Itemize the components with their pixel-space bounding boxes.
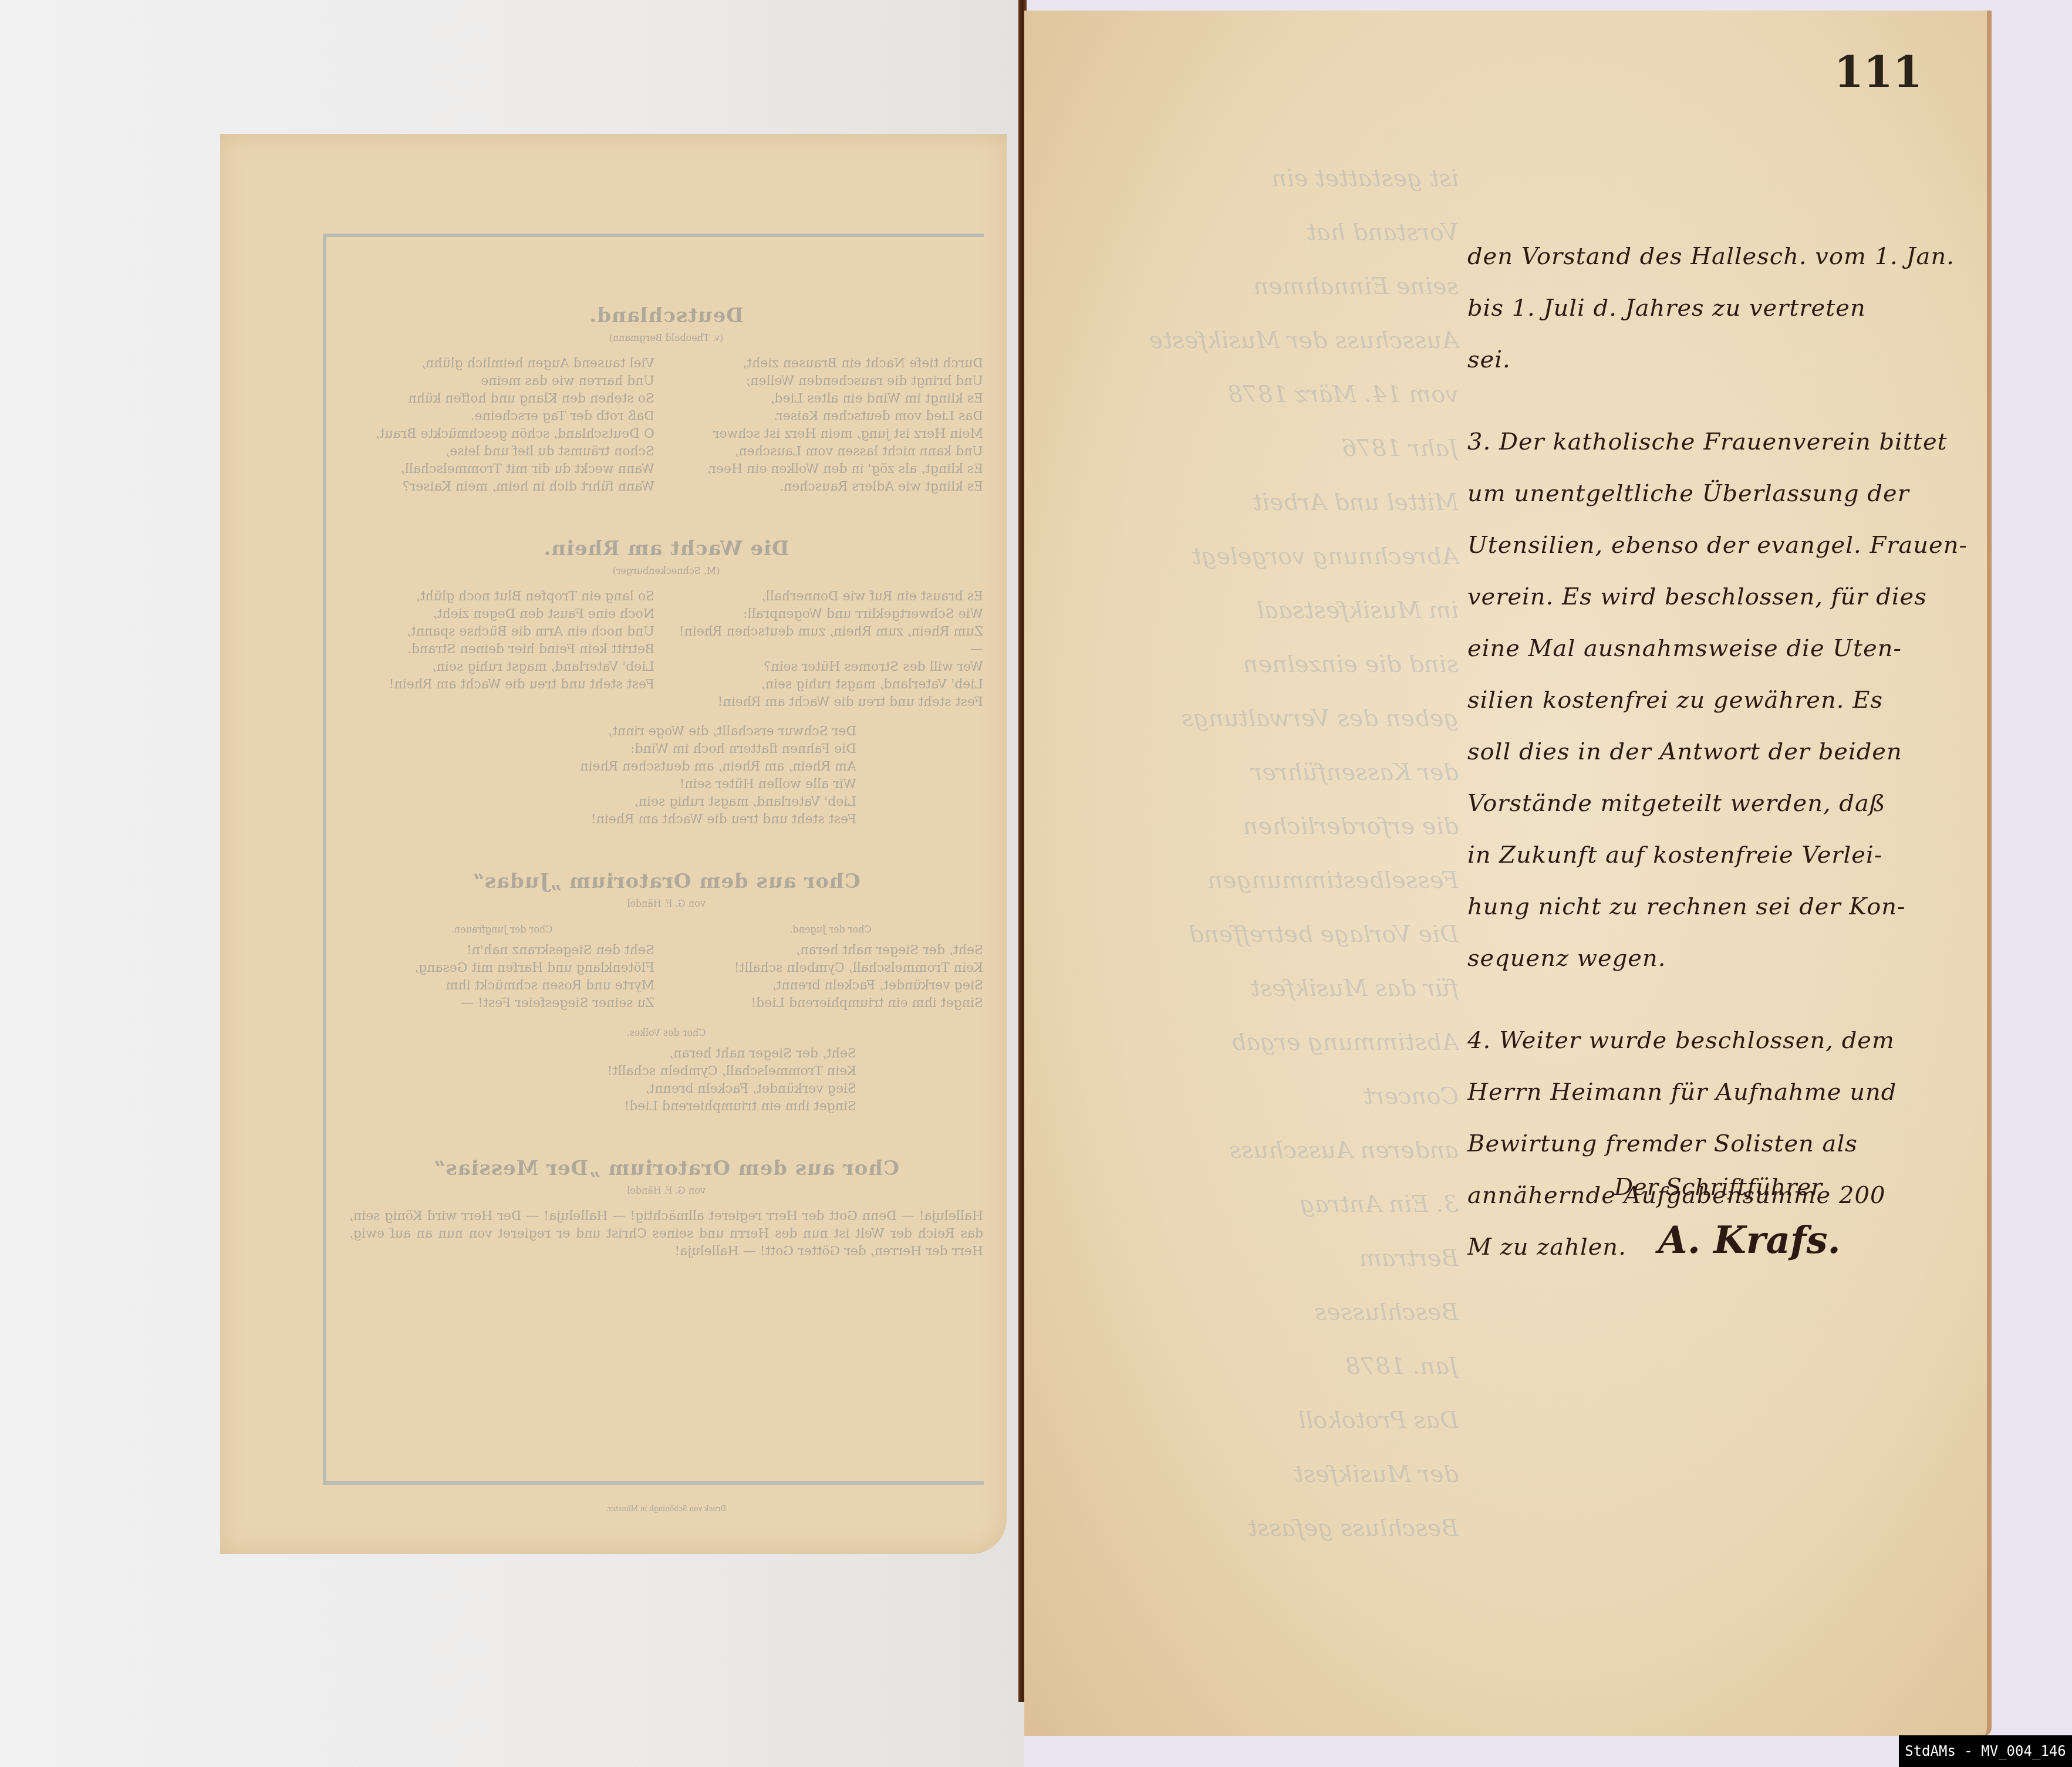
poem-title: Deutschland. — [349, 304, 983, 327]
bleed-line: Beschluss gefasst — [1059, 1501, 1459, 1555]
printed-program-sheet: Deutschland. (v. Theobald Bergmann) Durc… — [220, 134, 1007, 1554]
verse-line: Die Fahnen flattern hoch im Wind: — [476, 741, 856, 758]
handwritten-line: sequenz wegen. — [1467, 933, 1984, 984]
chorus-subtitle: Chor der Jugend. — [678, 921, 983, 938]
verse-line: Schon träumst du lief und leise, — [349, 443, 654, 461]
verse-line: Und harren wie das meine — [349, 373, 654, 390]
bleed-line: der Kassenführer — [1059, 745, 1459, 799]
poem-author: (v. Theobald Bergmann) — [349, 332, 983, 343]
verse-line: Wann weckt du dir mit Trommelschall, — [349, 461, 654, 478]
verse-line: Singet ihm ein triumphierend Lied! — [678, 995, 983, 1012]
bleed-line: Fesselbestimmungen — [1059, 853, 1459, 907]
poem-author: von G. F. Händel — [349, 898, 983, 909]
verse-line: Und noch ein Arm die Büchse spannt, — [349, 623, 654, 641]
bleed-line: geben des Verwaltungs — [1059, 691, 1459, 745]
verse-line: Kein Trommelschall, Cymbeln schallt! — [678, 959, 983, 977]
verse-line: Seht, der Sieger naht heran, — [678, 942, 983, 959]
verse-line: Es klingt wie Adlers Rauschen. — [678, 478, 983, 496]
signature-block: Der Schriftführer A. Krafs. — [1591, 1174, 1841, 1262]
verse-line: Seht den Siegeskranz nah'n! — [349, 942, 654, 959]
chorus-subtitle: Chor der Jungfrauen. — [349, 921, 654, 938]
bleed-line: anderen Ausschuss — [1059, 1123, 1459, 1177]
poem-column-left: Chor der Jugend. Seht, der Sieger naht h… — [678, 921, 983, 1012]
poem-column-right: So lang ein Tropfen Blut noch glüht, Noc… — [349, 588, 654, 711]
verse-line: Lieb' Vaterland, magst ruhig sein, — [349, 658, 654, 676]
verse-line: Fest steht und treu die Wacht am Rhein! — [349, 676, 654, 694]
handwritten-line: Vorstände mitgeteilt werden, daß — [1467, 778, 1984, 829]
handwritten-line: silien kostenfrei zu gewähren. Es — [1467, 674, 1984, 726]
bleed-line: Abstimmung ergab — [1059, 1015, 1459, 1069]
poem-author: (M. Schneckenburger) — [349, 565, 983, 576]
verse-line: Noch eine Faust den Degen zieht, — [349, 606, 654, 623]
bleed-line: die erforderlichen — [1059, 799, 1459, 853]
handwritten-line: Herrn Heimann für Aufnahme und — [1467, 1066, 1984, 1118]
poem-title: Chor aus dem Oratorium „Judas“ — [349, 870, 983, 893]
handwritten-line: eine Mal ausnahmsweise die Uten- — [1467, 623, 1984, 674]
bleed-line: Jahr 1876 — [1059, 421, 1459, 475]
verse-line: Daß rotb der Tag erscheine. — [349, 408, 654, 425]
handwritten-line: hung nicht zu rechnen sei der Kon- — [1467, 881, 1984, 933]
verse-line: Zum Rhein, zum Rhein, zum deutschen Rhei… — [678, 623, 983, 658]
verse-line: Lieb' Vaterland, magst ruhig sein, — [678, 676, 983, 694]
verse-line: O Deutschland, schön geschmückte Braut, — [349, 425, 654, 443]
verse-line: Wann führt dich in heim, mein Kaiser? — [349, 478, 654, 496]
printer-imprint: Druck von Schöningh in Münster. — [349, 1505, 983, 1513]
poem-center-stanza: Chor des Volkes. Seht, der Sieger naht h… — [476, 1024, 856, 1116]
verse-line: Kein Trommelschall, Cymbeln schallt! — [476, 1063, 856, 1080]
poem-center-stanza: Der Schwur erschallt, die Woge rinnt, Di… — [476, 723, 856, 829]
verse-line: Es klingt im Wind ein altes Lied, — [678, 390, 983, 408]
poem-wacht-am-rhein: Die Wacht am Rhein. (M. Schneckenburger)… — [349, 537, 983, 829]
bleed-line: für das Musikfest — [1059, 961, 1459, 1015]
manuscript-page: 111 ist gestattet ein Vorstand hat seine… — [1024, 11, 1992, 1736]
signature-role: Der Schriftführer — [1614, 1174, 1841, 1201]
poem-column-left: Durch tiefe Nacht ein Brausen zieht, Und… — [678, 355, 983, 496]
verse-line: Lieb' Vaterland, magst ruhig sein, — [476, 793, 856, 811]
verse-line: Und bringt die rauschenden Wellen; — [678, 373, 983, 390]
bleed-line: Die Vorlage betreffend — [1059, 907, 1459, 961]
handwritten-line: den Vorstand des Hallesch. vom 1. Jan. — [1467, 231, 1984, 282]
verse-line: Wie Schwertgeklirr und Wogenprall: — [678, 606, 983, 623]
archive-reference-label: StdAMs - MV_004_146 — [1899, 1735, 2072, 1767]
bleed-line: Bertram — [1059, 1231, 1459, 1285]
poem-column-right: Viel tausend Augen heimlich glühn, Und h… — [349, 355, 654, 496]
handwritten-line: Utensilien, ebenso der evangel. Frauen- — [1467, 519, 1984, 571]
poem-chor-judas: Chor aus dem Oratorium „Judas“ von G. F.… — [349, 870, 983, 1116]
bleed-line: 3. Ein Antrag — [1059, 1177, 1459, 1231]
handwritten-line: 4. Weiter wurde beschlossen, dem — [1467, 1015, 1984, 1066]
handwritten-line: Bewirtung fremder Solisten als — [1467, 1118, 1984, 1170]
verse-line: Fest steht und treu die Wacht am Rhein! — [476, 811, 856, 829]
verse-line: Zu seiner Siegesfeier Fest! — — [349, 995, 654, 1012]
handwritten-protocol: den Vorstand des Hallesch. vom 1. Jan. b… — [1467, 231, 1984, 1273]
verse-line: Fest steht und treu die Wacht am Rhein! — [678, 694, 983, 711]
verse-line: Durch tiefe Nacht ein Brausen zieht, — [678, 355, 983, 373]
verse-line: So lang ein Tropfen Blut noch glüht, — [349, 588, 654, 606]
poem-deutschland: Deutschland. (v. Theobald Bergmann) Durc… — [349, 304, 983, 496]
verse-line: Das Lied vom deutschen Kaiser. — [678, 408, 983, 425]
verse-line: So stehen den Klang und hoffen kühn — [349, 390, 654, 408]
verse-line: Sieg verkündet, Fackeln brennt, — [476, 1080, 856, 1098]
chorus-subtitle: Chor des Volkes. — [476, 1024, 856, 1042]
printed-content-mirrored: Deutschland. (v. Theobald Bergmann) Durc… — [349, 304, 983, 1478]
verse-line: Sieg verkündet, Fackeln brennt, — [678, 977, 983, 995]
handwritten-line: in Zukunft auf kostenfreie Verlei- — [1467, 829, 1984, 881]
verse-line: Es klingt, als zög' in den Wolken ein He… — [678, 461, 983, 478]
verse-line: Betritt kein Feind hier deinen Strand. — [349, 641, 654, 658]
poem-title: Chor aus dem Oratorium „Der Messias“ — [349, 1157, 983, 1180]
handwritten-line: soll dies in der Antwort der beiden — [1467, 726, 1984, 778]
bleed-line: im Musikfestsaal — [1059, 583, 1459, 637]
bleed-line: Ausschuss der Musikfeste — [1059, 313, 1459, 367]
verse-line: Flötenklang und Harfen mit Gesang, — [349, 959, 654, 977]
verse-line: Seht, der Sieger naht heran, — [476, 1045, 856, 1063]
verse-line: Myrte und Rosen schmückt ihm — [349, 977, 654, 995]
bleed-line: seine Einnahmen — [1059, 259, 1459, 313]
bleed-line: ist gestattet ein — [1059, 151, 1459, 205]
verse-line: Es braust ein Ruf wie Donnerhall, — [678, 588, 983, 606]
handwritten-line: um unentgeltliche Überlassung der — [1467, 468, 1984, 519]
handwritten-line: 3. Der katholische Frauenverein bittet — [1467, 416, 1984, 468]
bleed-line: Beschlusses — [1059, 1285, 1459, 1339]
page-number: 111 — [1834, 47, 1922, 97]
handwritten-line: verein. Es wird beschlossen, für dies — [1467, 571, 1984, 623]
poem-column-left: Es braust ein Ruf wie Donnerhall, Wie Sc… — [678, 588, 983, 711]
bleed-line: Das Protokoll — [1059, 1393, 1459, 1447]
bleed-line: Vorstand hat — [1059, 205, 1459, 259]
signature-name: A. Krafs. — [1658, 1218, 1841, 1262]
handwritten-line: sei. — [1467, 334, 1984, 386]
bleed-line: Mittel und Arbeit — [1059, 475, 1459, 529]
verse-line: Am Rhein, am Rhein, am deutschen Rhein — [476, 758, 856, 776]
bleed-line: Jan. 1878 — [1059, 1339, 1459, 1393]
bleed-line: vom 14. März 1878 — [1059, 367, 1459, 421]
verse-line: Mein Herz ist jung, mein Herz ist schwer — [678, 425, 983, 443]
handwritten-line: bis 1. Juli d. Jahres zu vertreten — [1467, 282, 1984, 334]
poem-prose: Halleluja! — Denn Gott der Herr regieret… — [349, 1208, 983, 1261]
poem-chor-messias: Chor aus dem Oratorium „Der Messias“ von… — [349, 1157, 983, 1261]
poem-author: von G. F. Händel — [349, 1185, 983, 1196]
verse-line: Singet ihm ein triumphierend Lied! — [476, 1098, 856, 1116]
bleed-through-text: ist gestattet ein Vorstand hat seine Ein… — [1059, 151, 1459, 1619]
verse-line: Wir alle wollen Hüter sein! — [476, 776, 856, 793]
bleed-line: der Musikfest — [1059, 1447, 1459, 1501]
bleed-line: sind die einzelnen — [1059, 637, 1459, 691]
verse-line: Wer will des Stromes Hüter sein? — [678, 658, 983, 676]
bleed-line: Abrechnung vorgelegt — [1059, 529, 1459, 583]
poem-title: Die Wacht am Rhein. — [349, 537, 983, 560]
verse-line: Viel tausend Augen heimlich glühn, — [349, 355, 654, 373]
verse-line: Der Schwur erschallt, die Woge rinnt, — [476, 723, 856, 741]
poem-column-right: Chor der Jungfrauen. Seht den Siegeskran… — [349, 921, 654, 1012]
verse-line: Und kann nicht lassen vom Lauschen, — [678, 443, 983, 461]
bleed-line: Concert — [1059, 1069, 1459, 1123]
